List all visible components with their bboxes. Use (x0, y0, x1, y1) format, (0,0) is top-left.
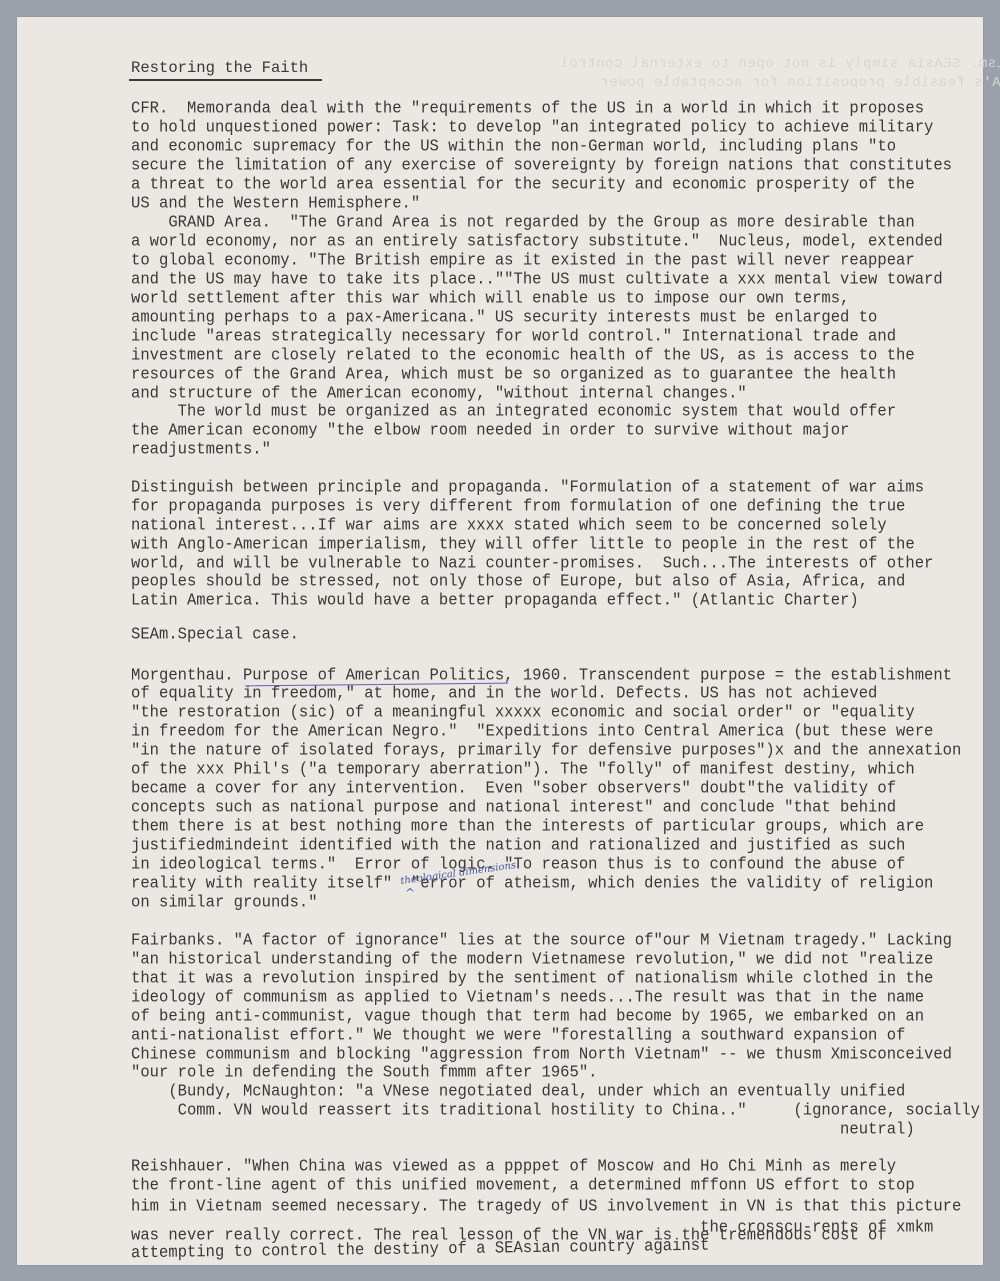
title-underline (129, 79, 322, 81)
text-line: in ideological terms." Error of logic. "… (131, 854, 905, 875)
text-line: a threat to the world area essential for… (131, 174, 915, 195)
text-line: justifiedmindeint identified with the na… (131, 835, 905, 856)
text-line: with Anglo-American imperialism, they wi… (131, 534, 915, 555)
text-line: reality with reality itself" "error of a… (131, 873, 933, 894)
text-line: became a cover for any intervention. Eve… (131, 778, 896, 799)
text-line: readjustments." (131, 439, 271, 460)
text-line: national interest...If war aims are xxxx… (131, 515, 887, 536)
text-line: a world economy, nor as an entirely sati… (131, 231, 943, 252)
text-line: (Bundy, McNaughton: "a VNese negotiated … (131, 1081, 905, 1102)
text-line: GRAND Area. "The Grand Area is not regar… (131, 212, 915, 233)
text-line: amounting perhaps to a pax-Americana." U… (131, 307, 877, 328)
bleed-through-text: Localism. SEAsia simply is not open to e… (560, 56, 1000, 72)
text-line: for propaganda purposes is very differen… (131, 496, 905, 517)
text-line: resources of the Grand Area, which must … (131, 364, 896, 385)
text-line: anti-nationalist effort." We thought we … (131, 1025, 905, 1046)
text-line: investment are closely related to the ec… (131, 345, 915, 366)
text-line: the front-line agent of this unified mov… (131, 1175, 915, 1196)
text-line: of the xxx Phil's ("a temporary aberrati… (131, 759, 915, 780)
text-line: world settlement after this war which wi… (131, 288, 849, 309)
text-line: of equality in freedom," at home, and in… (131, 683, 877, 704)
text-line: of being anti-communist, vague though th… (131, 1006, 924, 1027)
text-line: neutral) (131, 1119, 915, 1140)
text-line: to hold unquestioned power: Task: to dev… (131, 117, 933, 138)
text-line: Comm. VN would reassert its traditional … (131, 1100, 980, 1121)
handwritten-insert-mark: ^ (405, 886, 415, 900)
text-line: "our role in defending the South fmmm af… (131, 1062, 597, 1083)
text-line: the crosscu-rents of xmkm (131, 1217, 933, 1238)
text-line: "in the nature of isolated forays, prima… (131, 740, 961, 761)
text-line: and the US may have to take its place.."… (131, 269, 943, 290)
text-line: US and the Western Hemisphere." (131, 193, 420, 214)
text-line: him in Vietnam seemed necessary. The tra… (131, 1196, 961, 1217)
text-line: "the restoration (sic) of a meaningful x… (131, 702, 915, 723)
text-line: Distinguish between principle and propag… (131, 477, 924, 498)
text-line: Latin America. This would have a better … (131, 590, 859, 611)
text-line: the American economy "the elbow room nee… (131, 420, 849, 441)
text-line: concepts such as national purpose and na… (131, 797, 896, 818)
text-line: and economic supremacy for the US within… (131, 136, 896, 157)
text-line: secure the limitation of any exercise of… (131, 155, 952, 176)
text-line: SEAm.Special case. (131, 624, 299, 645)
text-line: ideology of communism as applied to Viet… (131, 987, 924, 1008)
bleed-through-text: SEA's feasible proposition for acceptabl… (600, 75, 1000, 91)
document-title: Restoring the Faith (131, 59, 308, 78)
text-line: include "areas strategically necessary f… (131, 326, 896, 347)
text-line: on similar grounds." (131, 892, 318, 913)
text-line: them there is at best nothing more than … (131, 816, 924, 837)
text-line: CFR. Memoranda deal with the "requiremen… (131, 98, 924, 119)
text-line: that it was a revolution inspired by the… (131, 968, 933, 989)
text-line: "an historical understanding of the mode… (131, 949, 933, 970)
text-line: Reishhauer. "When China was viewed as a … (131, 1156, 896, 1177)
text-line: Fairbanks. "A factor of ignorance" lies … (131, 930, 952, 951)
text-line: The world must be organized as an integr… (131, 401, 896, 422)
text-line: to global economy. "The British empire a… (131, 250, 915, 271)
text-line: in freedom for the American Negro." "Exp… (131, 721, 933, 742)
text-line: peoples should be stressed, not only tho… (131, 571, 905, 592)
